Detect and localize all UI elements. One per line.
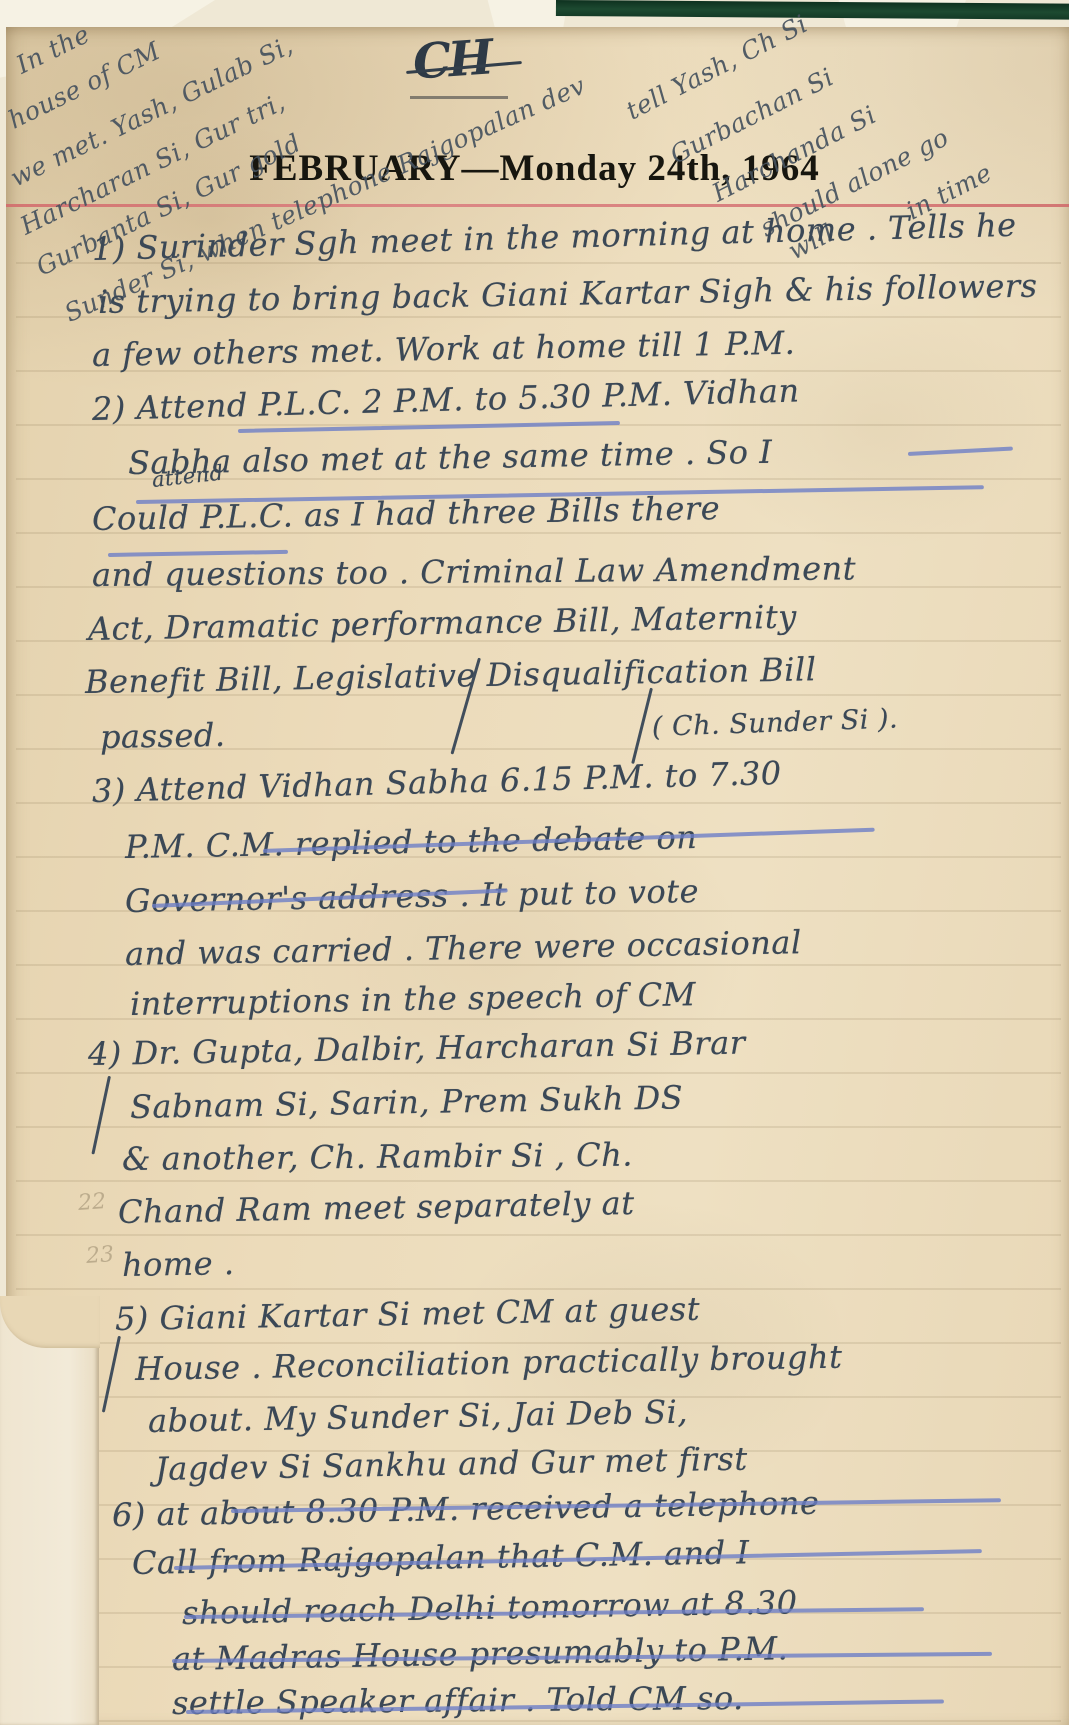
handwritten-line: passed. [100, 716, 226, 756]
ch-heading-note: CH [411, 29, 492, 90]
ch-underline-mark [410, 96, 508, 99]
diary-cover-edge [556, 0, 1069, 20]
bleed-number: 22 [77, 1189, 107, 1216]
diary-scan: FEBRUARY—Monday 24th, 1964 CH In thehous… [0, 0, 1069, 1725]
bleed-number: 23 [85, 1242, 115, 1269]
handwritten-line: and questions too . Criminal Law Amendme… [92, 549, 856, 594]
handwritten-line: settle Speaker affair . Told CM so. [172, 1679, 744, 1722]
handwritten-line: home . [122, 1244, 235, 1284]
handwritten-line: & another, Ch. Rambir Si , Ch. [122, 1136, 633, 1178]
underlying-page-edge [0, 1300, 99, 1725]
